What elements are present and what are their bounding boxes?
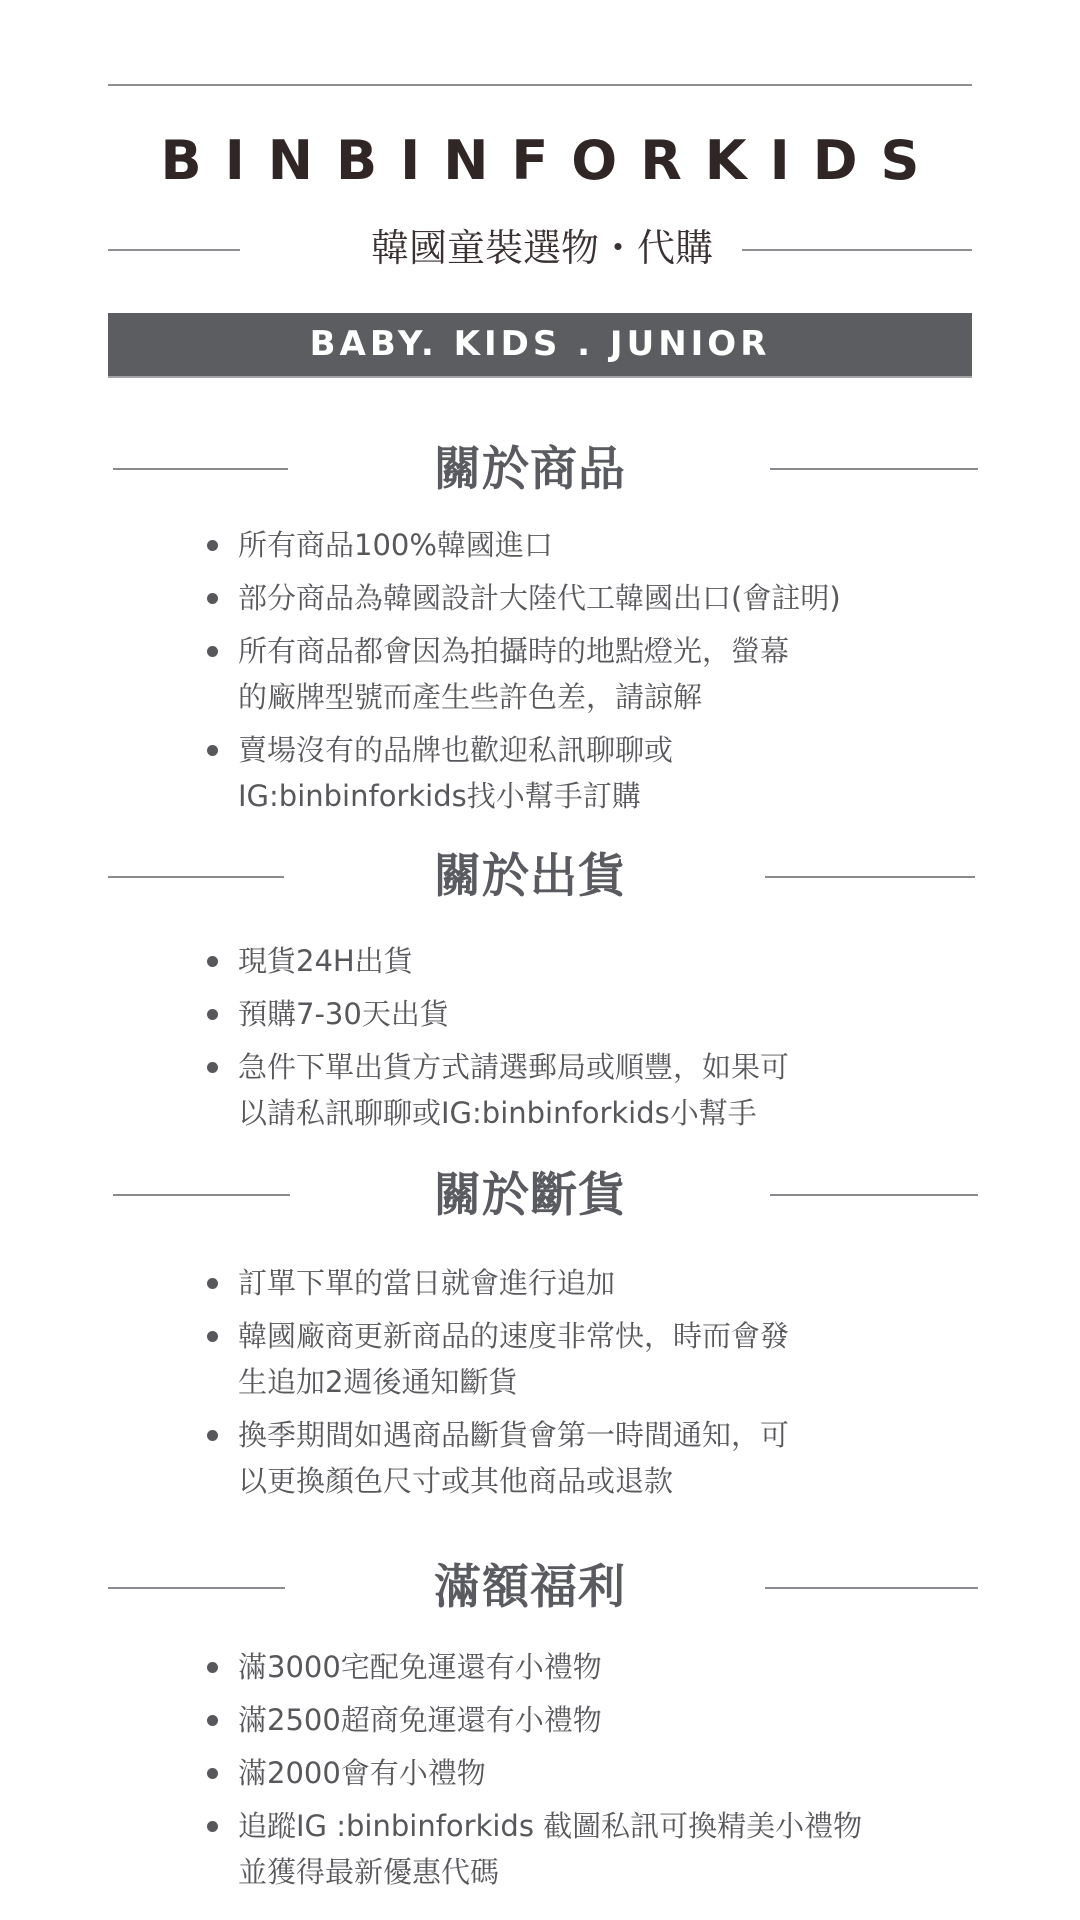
bullet-icon — [207, 956, 218, 967]
category-banner: BABY. KIDS . JUNIOR — [108, 313, 972, 378]
item-text: 賣場沒有的品牌也歡迎私訊聊聊或 — [238, 727, 970, 773]
section-heading-rewards: 滿額福利 — [0, 1558, 1080, 1618]
item-text: 並獲得最新優惠代碼 — [238, 1849, 970, 1895]
section-title: 滿額福利 — [330, 1558, 730, 1618]
brand-subtitle: 韓國童裝選物・代購 — [340, 224, 744, 272]
item-text: IG:binbinforkids找小幫手訂購 — [238, 773, 970, 819]
item-text: 急件下單出貨方式請選郵局或順豐，如果可 — [238, 1044, 970, 1090]
section-heading-out-of-stock: 關於斷貨 — [0, 1166, 1080, 1226]
bullet-icon — [207, 1821, 218, 1832]
subtitle-divider-left — [108, 249, 240, 251]
item-text: 韓國廠商更新商品的速度非常快，時而會發 — [238, 1313, 970, 1359]
list-item: 現貨24H出貨 — [0, 938, 1080, 984]
item-text: 所有商品100%韓國進口 — [238, 522, 970, 568]
list-item: 追蹤IG :binbinforkids 截圖私訊可換精美小禮物 並獲得最新優惠代… — [0, 1803, 1080, 1895]
heading-divider-right — [765, 876, 975, 878]
bullet-icon — [207, 1662, 218, 1673]
bullet-icon — [207, 1715, 218, 1726]
list-item: 所有商品100%韓國進口 — [0, 522, 1080, 568]
heading-divider-left — [108, 876, 284, 878]
item-text: 以請私訊聊聊或IG:binbinforkids小幫手 — [238, 1090, 970, 1136]
item-text: 訂單下單的當日就會進行追加 — [238, 1260, 970, 1306]
bullet-icon — [207, 1430, 218, 1441]
list-item: 滿3000宅配免運還有小禮物 — [0, 1644, 1080, 1690]
item-text: 部分商品為韓國設計大陸代工韓國出口(會註明) — [238, 575, 970, 621]
item-text: 現貨24H出貨 — [238, 938, 970, 984]
list-item: 滿2500超商免運還有小禮物 — [0, 1697, 1080, 1743]
products-info-list: 所有商品100%韓國進口 部分商品為韓國設計大陸代工韓國出口(會註明) 所有商品… — [0, 522, 1080, 826]
heading-divider-left — [108, 1587, 285, 1589]
heading-divider-right — [765, 1587, 978, 1589]
list-item: 急件下單出貨方式請選郵局或順豐，如果可 以請私訊聊聊或IG:binbinfork… — [0, 1044, 1080, 1136]
bullet-icon — [207, 540, 218, 551]
heading-divider-left — [113, 468, 288, 470]
section-heading-products: 關於商品 — [0, 440, 1080, 500]
section-title: 關於商品 — [330, 440, 730, 500]
list-item: 滿2000會有小禮物 — [0, 1750, 1080, 1796]
item-text: 滿2000會有小禮物 — [238, 1750, 970, 1796]
section-heading-shipping: 關於出貨 — [0, 847, 1080, 907]
item-text: 的廠牌型號而產生些許色差，請諒解 — [238, 674, 970, 720]
list-item: 訂單下單的當日就會進行追加 — [0, 1260, 1080, 1306]
bullet-icon — [207, 1331, 218, 1342]
item-text: 滿3000宅配免運還有小禮物 — [238, 1644, 970, 1690]
bullet-icon — [207, 1009, 218, 1020]
item-text: 換季期間如遇商品斷貨會第一時間通知，可 — [238, 1412, 970, 1458]
out-of-stock-info-list: 訂單下單的當日就會進行追加 韓國廠商更新商品的速度非常快，時而會發 生追加2週後… — [0, 1260, 1080, 1511]
item-text: 追蹤IG :binbinforkids 截圖私訊可換精美小禮物 — [238, 1803, 970, 1849]
list-item: 換季期間如遇商品斷貨會第一時間通知，可 以更換顏色尺寸或其他商品或退款 — [0, 1412, 1080, 1504]
item-text: 滿2500超商免運還有小禮物 — [238, 1697, 970, 1743]
top-divider — [108, 84, 972, 86]
list-item: 賣場沒有的品牌也歡迎私訊聊聊或 IG:binbinforkids找小幫手訂購 — [0, 727, 1080, 819]
bullet-icon — [207, 745, 218, 756]
list-item: 部分商品為韓國設計大陸代工韓國出口(會註明) — [0, 575, 1080, 621]
bullet-icon — [207, 646, 218, 657]
item-text: 預購7-30天出貨 — [238, 991, 970, 1037]
section-title: 關於出貨 — [330, 847, 730, 907]
heading-divider-right — [770, 1194, 978, 1196]
heading-divider-left — [113, 1194, 290, 1196]
list-item: 所有商品都會因為拍攝時的地點燈光，螢幕 的廠牌型號而產生些許色差，請諒解 — [0, 628, 1080, 720]
rewards-info-list: 滿3000宅配免運還有小禮物 滿2500超商免運還有小禮物 滿2000會有小禮物… — [0, 1644, 1080, 1902]
subtitle-divider-right — [742, 249, 972, 251]
brand-logo: BINBINFORKIDS — [108, 128, 972, 194]
bullet-icon — [207, 1278, 218, 1289]
list-item: 預購7-30天出貨 — [0, 991, 1080, 1037]
item-text: 所有商品都會因為拍攝時的地點燈光，螢幕 — [238, 628, 970, 674]
bullet-icon — [207, 593, 218, 604]
bullet-icon — [207, 1062, 218, 1073]
section-title: 關於斷貨 — [330, 1166, 730, 1226]
item-text: 生追加2週後通知斷貨 — [238, 1359, 970, 1405]
item-text: 以更換顏色尺寸或其他商品或退款 — [238, 1458, 970, 1504]
heading-divider-right — [770, 468, 978, 470]
list-item: 韓國廠商更新商品的速度非常快，時而會發 生追加2週後通知斷貨 — [0, 1313, 1080, 1405]
shipping-info-list: 現貨24H出貨 預購7-30天出貨 急件下單出貨方式請選郵局或順豐，如果可 以請… — [0, 938, 1080, 1143]
bullet-icon — [207, 1768, 218, 1779]
